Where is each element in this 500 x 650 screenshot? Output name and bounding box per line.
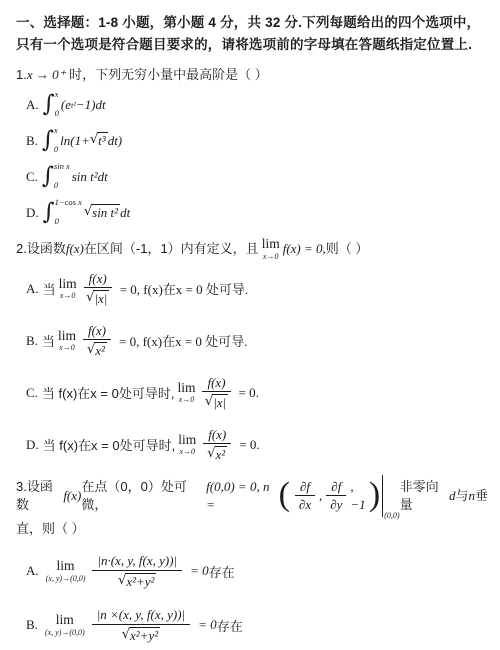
numerator: |n·(x, y, f(x, y))|	[92, 553, 182, 571]
fraction: f(x) √x²	[203, 427, 231, 463]
evaluation-bar: (0,0)	[382, 475, 399, 517]
integral-glyph: ∫	[42, 165, 54, 188]
math-text: sin t²dt	[72, 169, 108, 185]
question-3-option-a: A. lim(x, y)→(0,0) |n·(x, y, f(x, y))| √…	[26, 548, 488, 594]
option-label: B.	[26, 617, 38, 633]
fraction: ∂f ∂x	[295, 479, 315, 513]
denominator: ∂x	[299, 496, 311, 513]
question-2-stem: 2.设函数 f(x) 在区间（-1，1）内有定义，且 limx→0 f(x) =…	[16, 237, 488, 261]
limit: limx→0	[177, 381, 195, 405]
fraction: f(x) √|x|	[202, 375, 230, 411]
math-text: −1)dt	[76, 97, 106, 113]
lim-word: lim	[177, 381, 195, 395]
fraction: f(x) √|x|	[84, 271, 112, 307]
limit: limx→0	[58, 329, 76, 353]
option-label: C.	[26, 385, 38, 401]
stem-text: 非零向量	[400, 478, 449, 513]
radicand: |x|	[93, 290, 109, 307]
denominator: ∂y	[330, 496, 342, 513]
option-text: 当 f(x)在x = 0处可导时,	[43, 435, 176, 454]
integral-limits: x0	[55, 90, 59, 119]
stem-text: 则（ ）	[326, 239, 369, 259]
limit: limx→0	[59, 277, 77, 301]
evaluation-subscript: (0,0)	[384, 511, 399, 522]
open-paren: (	[278, 480, 291, 511]
math-text: dt)	[108, 133, 122, 149]
option-text: = 0.	[239, 437, 259, 453]
lim-subscript: x→0	[59, 344, 75, 352]
lim-subscript: (x, y)→(0,0)	[45, 629, 85, 637]
stem-text: 垂	[475, 487, 488, 505]
math-text: (e	[61, 97, 71, 113]
question-3-stem: 3.设函数 f(x) 在点（0，0）处可微， f(0,0) = 0, n = (…	[16, 475, 488, 517]
lower-limit: 0	[55, 109, 59, 118]
question-1-option-d: D. ∫ 1−cos x0 √sin t² dt	[26, 198, 488, 227]
sqrt-radical: √sin t²	[84, 204, 120, 221]
option-label: A.	[26, 97, 39, 113]
integral-symbol: ∫ x0	[43, 90, 59, 119]
numerator: f(x)	[83, 323, 111, 341]
stem-math: f(x)	[66, 239, 84, 259]
radicand: |x|	[212, 394, 228, 411]
numerator: f(x)	[203, 427, 231, 445]
denominator: √x²+y²	[122, 625, 160, 644]
option-label: C.	[26, 169, 38, 185]
close-paren: )	[368, 480, 381, 511]
denominator: √|x|	[205, 392, 228, 411]
integral-symbol: ∫ 1−cos x0	[43, 198, 82, 227]
option-text: = 0, f(x)在x = 0 处可导.	[119, 331, 247, 350]
lim-subscript: x→0	[263, 253, 279, 261]
radicand: x²+y²	[129, 627, 160, 644]
stem-text: 2.设函数	[16, 239, 66, 259]
stem-text: 在点（0，0）处可微，	[81, 478, 206, 513]
denominator: √x²	[87, 340, 107, 359]
option-math: = 0	[198, 617, 217, 633]
question-1-option-a: A. ∫ x0 (et² −1)dt	[26, 90, 488, 119]
integral-limits: x0	[54, 126, 58, 155]
lim-word: lim	[178, 433, 196, 447]
numerator: f(x)	[84, 271, 112, 289]
sqrt-radical: √t³	[90, 132, 108, 149]
lower-limit: 0	[54, 181, 70, 190]
question-1-option-c: C. ∫ sin x0 sin t²dt	[26, 162, 488, 191]
lim-subscript: x→0	[60, 292, 76, 300]
option-label: B.	[26, 333, 38, 349]
question-3-option-b: B. lim(x, y)→(0,0) |n ×(x, y, f(x, y))| …	[26, 602, 488, 648]
option-label: D.	[26, 437, 39, 453]
integral-glyph: ∫	[43, 201, 55, 224]
numerator: ∂f	[295, 479, 315, 497]
math-text: dt	[120, 205, 130, 221]
limit: limx→0	[178, 433, 196, 457]
stem-text: 直，则（ ）	[16, 521, 85, 536]
lim-word: lim	[56, 613, 74, 627]
radicand: t³	[97, 132, 108, 149]
math-text: ln(1+	[60, 133, 90, 149]
upper-limit: x	[54, 126, 58, 135]
lower-limit: 0	[54, 145, 58, 154]
lim-word: lim	[58, 329, 76, 343]
lim-word: lim	[262, 237, 280, 251]
limit: lim(x, y)→(0,0)	[46, 559, 86, 583]
question-1-option-b: B. ∫ x0 ln(1+ √t³ dt)	[26, 126, 488, 155]
stem-text: 3.设函数	[16, 478, 63, 513]
vertical-bar	[382, 475, 383, 517]
option-text: 存在	[209, 562, 235, 581]
radicand: x²	[215, 446, 228, 463]
integral-symbol: ∫ sin x0	[42, 162, 70, 191]
stem-text: 在区间（-1，1）内有定义，且	[84, 239, 259, 259]
lim-word: lim	[57, 559, 75, 573]
denominator: √x²	[207, 444, 227, 463]
denominator: √|x|	[86, 288, 109, 307]
question-2-option-b: B. 当 limx→0 f(x) √x² = 0, f(x)在x = 0 处可导…	[26, 319, 488, 363]
stem-math: f(x)	[63, 487, 81, 505]
question-2-option-c: C. 当 f(x)在x = 0处可导时, limx→0 f(x) √|x| = …	[26, 371, 488, 415]
limit: limx→0	[262, 237, 280, 261]
stem-math: f(0,0) = 0, n =	[206, 478, 278, 513]
stem-text: 时，下列无穷小量中最高阶是（ ）	[65, 67, 267, 82]
option-text: = 0.	[239, 385, 259, 401]
question-number: 1.	[16, 67, 27, 82]
integral-symbol: ∫ x0	[42, 126, 58, 155]
option-label: A.	[26, 281, 39, 297]
numerator: f(x)	[202, 375, 230, 393]
stem-text: 与	[455, 487, 468, 505]
lim-subscript: x→0	[179, 396, 195, 404]
option-text: 存在	[217, 616, 243, 635]
comma: ,	[319, 487, 322, 505]
fraction: ∂f ∂y	[326, 479, 346, 513]
upper-limit: sin x	[54, 162, 70, 171]
integral-limits: 1−cos x0	[55, 198, 82, 227]
fraction: |n ×(x, y, f(x, y))| √x²+y²	[92, 607, 190, 643]
stem-math: ,−1	[350, 478, 368, 513]
denominator: √x²+y²	[118, 571, 156, 590]
option-label: A.	[26, 563, 39, 579]
numerator: ∂f	[326, 479, 346, 497]
stem-math: x → 0⁺	[27, 67, 66, 82]
integral-glyph: ∫	[42, 129, 54, 152]
question-2-option-a: A. 当 limx→0 f(x) √|x| = 0, f(x)在x = 0 处可…	[26, 267, 488, 311]
option-label: D.	[26, 205, 39, 221]
integral-glyph: ∫	[43, 93, 55, 116]
fraction: f(x) √x²	[83, 323, 111, 359]
numerator: |n ×(x, y, f(x, y))|	[92, 607, 190, 625]
question-2-option-d: D. 当 f(x)在x = 0处可导时, limx→0 f(x) √x² = 0…	[26, 423, 488, 467]
exam-page: 一、选择题：1-8 小题，第小题 4 分，共 32 分.下列每题给出的四个选项中…	[0, 0, 500, 648]
lower-limit: 0	[55, 217, 82, 226]
option-label: B.	[26, 133, 38, 149]
lim-word: lim	[59, 277, 77, 291]
question-3-stem-line2: 直，则（ ）	[16, 519, 488, 539]
option-text: 当	[43, 279, 56, 298]
upper-limit: 1−cos x	[55, 198, 82, 207]
limit: lim(x, y)→(0,0)	[45, 613, 85, 637]
fraction: |n·(x, y, f(x, y))| √x²+y²	[92, 553, 182, 589]
radicand: x²+y²	[125, 573, 156, 590]
option-text: = 0, f(x)在x = 0 处可导.	[120, 279, 248, 298]
option-text: 当 f(x)在x = 0处可导时,	[42, 383, 175, 402]
radicand: x²	[94, 342, 107, 359]
option-text: 当	[42, 331, 55, 350]
lim-subscript: (x, y)→(0,0)	[46, 575, 86, 583]
lim-subscript: x→0	[179, 448, 195, 456]
question-1-stem: 1.x → 0⁺ 时，下列无穷小量中最高阶是（ ）	[16, 65, 488, 85]
option-math: = 0	[190, 563, 209, 579]
stem-math: f(x) = 0,	[283, 239, 326, 259]
radicand: sin t²	[91, 204, 120, 221]
section-header: 一、选择题：1-8 小题，第小题 4 分，共 32 分.下列每题给出的四个选项中…	[16, 12, 488, 56]
integral-limits: sin x0	[54, 162, 70, 191]
upper-limit: x	[55, 90, 59, 99]
